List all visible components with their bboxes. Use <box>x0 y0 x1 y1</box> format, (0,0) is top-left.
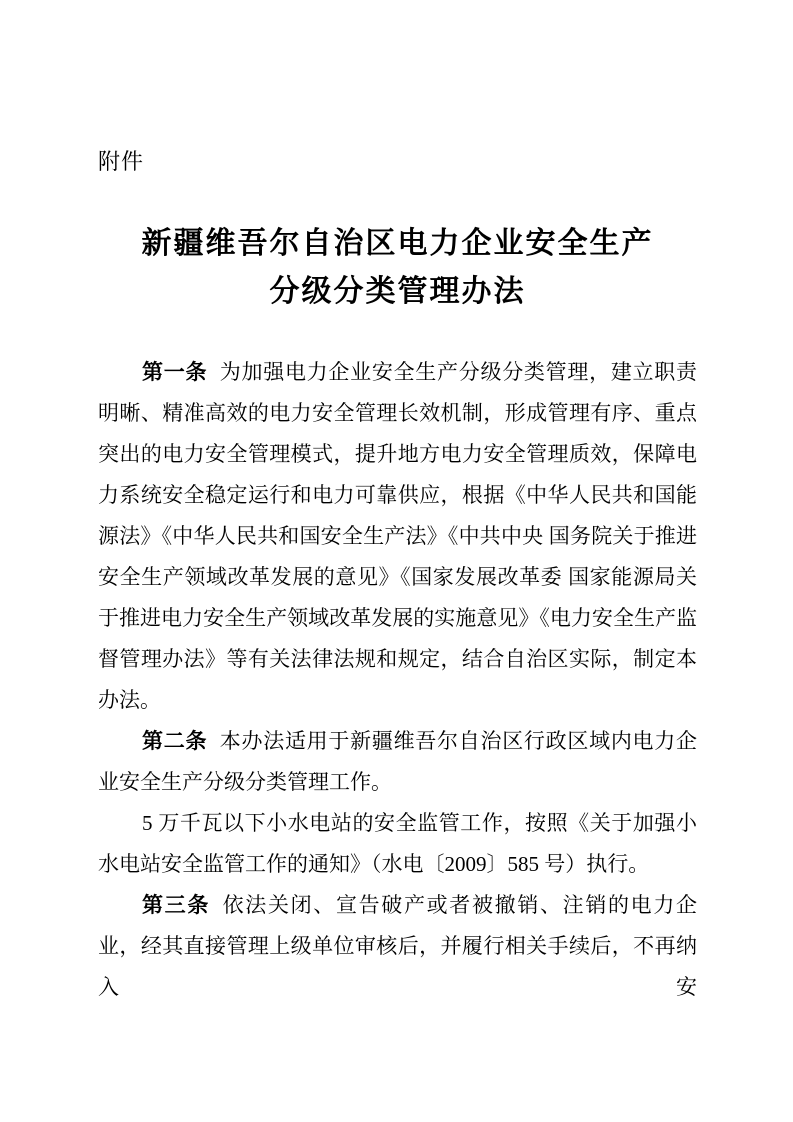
paragraph-article-3: 第三条依法关闭、宣告破产或者被撤销、注销的电力企业，经其直接管理上级单位审核后，… <box>98 885 697 1008</box>
paragraph-lead: 第二条 <box>142 729 207 753</box>
paragraph-lead: 第一条 <box>142 360 207 384</box>
attachment-label: 附件 <box>98 150 697 174</box>
title-line-2: 分级分类管理办法 <box>98 268 697 316</box>
paragraph-hydropower-note: 5 万千瓦以下小水电站的安全监管工作，按照《关于加强小水电站安全监管工作的通知》… <box>98 803 697 885</box>
paragraph-text: 为加强电力企业安全生产分级分类管理，建立职责明晰、精准高效的电力安全管理长效机制… <box>98 360 697 712</box>
paragraph-text: 5 万千瓦以下小水电站的安全监管工作，按照《关于加强小水电站安全监管工作的通知》… <box>98 811 697 876</box>
document-body: 第一条为加强电力企业安全生产分级分类管理，建立职责明晰、精准高效的电力安全管理长… <box>98 352 697 1008</box>
document-title: 新疆维吾尔自治区电力企业安全生产 分级分类管理办法 <box>98 220 697 316</box>
paragraph-lead: 第三条 <box>142 893 210 917</box>
title-line-1: 新疆维吾尔自治区电力企业安全生产 <box>98 220 697 268</box>
paragraph-article-2: 第二条本办法适用于新疆维吾尔自治区行政区域内电力企业安全生产分级分类管理工作。 <box>98 721 697 803</box>
paragraph-article-1: 第一条为加强电力企业安全生产分级分类管理，建立职责明晰、精准高效的电力安全管理长… <box>98 352 697 721</box>
document-page: 附件 新疆维吾尔自治区电力企业安全生产 分级分类管理办法 第一条为加强电力企业安… <box>0 0 793 1122</box>
